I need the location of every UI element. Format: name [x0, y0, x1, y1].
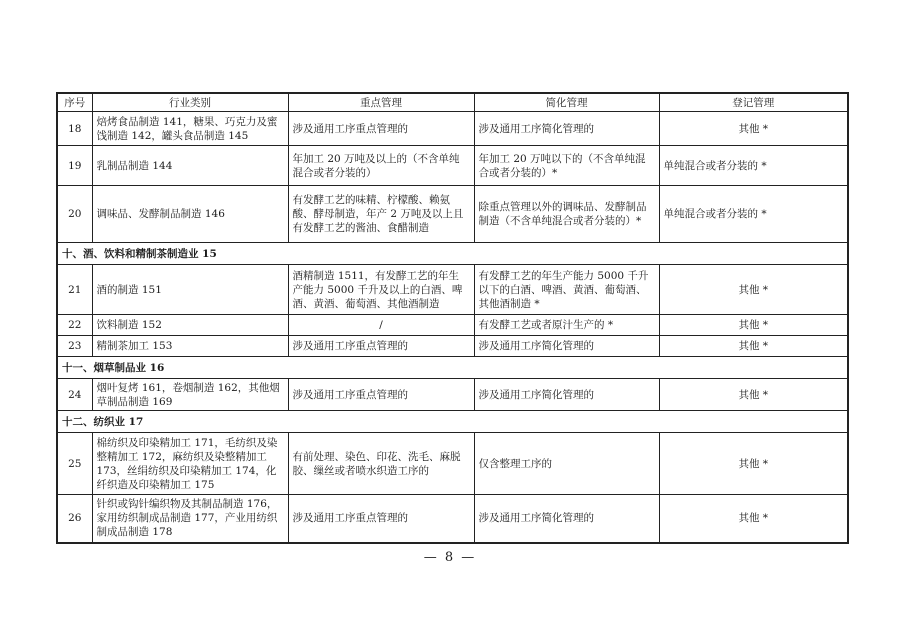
simplified-management-cell: 涉及通用工序简化管理的 — [474, 112, 659, 146]
row-number-cell: 24 — [57, 379, 92, 411]
section-row: 十、酒、饮料和精制茶制造业 15 — [57, 243, 848, 265]
row-number-cell: 22 — [57, 315, 92, 336]
table-row: 22饮料制造 152/有发酵工艺或者原汁生产的 *其他 * — [57, 315, 848, 336]
header-registration-management: 登记管理 — [659, 93, 848, 112]
table-row: 21酒的制造 151酒精制造 1511，有发酵工艺的年生产能力 5000 千升及… — [57, 265, 848, 315]
page-number: — 8 — — [0, 550, 900, 565]
row-number-cell: 19 — [57, 146, 92, 186]
simplified-management-cell: 除重点管理以外的调味品、发酵制品制造（不含单纯混合或者分装的）* — [474, 186, 659, 243]
registration-management-cell: 其他 * — [659, 336, 848, 357]
section-heading: 十一、烟草制品业 16 — [57, 357, 848, 379]
simplified-management-cell: 有发酵工艺或者原汁生产的 * — [474, 315, 659, 336]
row-number-cell: 20 — [57, 186, 92, 243]
registration-management-cell: 其他 * — [659, 112, 848, 146]
table-row: 19乳制品制造 144年加工 20 万吨及以上的（不含单纯混合或者分装的）年加工… — [57, 146, 848, 186]
table-header-row: 序号 行业类别 重点管理 简化管理 登记管理 — [57, 93, 848, 112]
registration-management-cell: 其他 * — [659, 315, 848, 336]
industry-category-cell: 酒的制造 151 — [92, 265, 288, 315]
simplified-management-cell: 仅含整理工序的 — [474, 433, 659, 495]
industry-category-cell: 烟叶复烤 161，卷烟制造 162，其他烟草制品制造 169 — [92, 379, 288, 411]
key-management-cell: 涉及通用工序重点管理的 — [288, 336, 474, 357]
row-number-cell: 25 — [57, 433, 92, 495]
industry-category-cell: 饮料制造 152 — [92, 315, 288, 336]
key-management-cell: / — [288, 315, 474, 336]
table-row: 23精制茶加工 153涉及通用工序重点管理的涉及通用工序简化管理的其他 * — [57, 336, 848, 357]
header-no: 序号 — [57, 93, 92, 112]
industry-category-cell: 棉纺织及印染精加工 171，毛纺织及染整精加工 172，麻纺织及染整精加工 17… — [92, 433, 288, 495]
industry-category-cell: 乳制品制造 144 — [92, 146, 288, 186]
key-management-cell: 涉及通用工序重点管理的 — [288, 495, 474, 543]
key-management-cell: 有发酵工艺的味精、柠檬酸、赖氨酸、酵母制造，年产 2 万吨及以上且有发酵工艺的酱… — [288, 186, 474, 243]
simplified-management-cell: 涉及通用工序简化管理的 — [474, 379, 659, 411]
section-row: 十二、纺织业 17 — [57, 411, 848, 433]
table-row: 25棉纺织及印染精加工 171，毛纺织及染整精加工 172，麻纺织及染整精加工 … — [57, 433, 848, 495]
row-number-cell: 18 — [57, 112, 92, 146]
row-number-cell: 23 — [57, 336, 92, 357]
registration-management-cell: 其他 * — [659, 265, 848, 315]
section-heading: 十二、纺织业 17 — [57, 411, 848, 433]
row-number-cell: 21 — [57, 265, 92, 315]
header-key-management: 重点管理 — [288, 93, 474, 112]
table-row: 18焙烤食品制造 141，糖果、巧克力及蜜饯制造 142，罐头食品制造 145涉… — [57, 112, 848, 146]
registration-management-cell: 单纯混合或者分装的 * — [659, 186, 848, 243]
key-management-cell: 涉及通用工序重点管理的 — [288, 379, 474, 411]
key-management-cell: 有前处理、染色、印花、洗毛、麻脱胶、缫丝或者喷水织造工序的 — [288, 433, 474, 495]
header-simplified-management: 简化管理 — [474, 93, 659, 112]
registration-management-cell: 其他 * — [659, 433, 848, 495]
registration-management-cell: 其他 * — [659, 495, 848, 543]
simplified-management-cell: 年加工 20 万吨以下的（不含单纯混合或者分装的）* — [474, 146, 659, 186]
key-management-cell: 年加工 20 万吨及以上的（不含单纯混合或者分装的） — [288, 146, 474, 186]
industry-category-cell: 焙烤食品制造 141，糖果、巧克力及蜜饯制造 142，罐头食品制造 145 — [92, 112, 288, 146]
key-management-cell: 酒精制造 1511，有发酵工艺的年生产能力 5000 千升及以上的白酒、啤酒、黄… — [288, 265, 474, 315]
table-body: 18焙烤食品制造 141，糖果、巧克力及蜜饯制造 142，罐头食品制造 145涉… — [57, 112, 848, 543]
simplified-management-cell: 有发酵工艺的年生产能力 5000 千升以下的白酒、啤酒、黄酒、葡萄酒、其他酒制造… — [474, 265, 659, 315]
industry-category-cell: 精制茶加工 153 — [92, 336, 288, 357]
pollution-permit-classification-table: 序号 行业类别 重点管理 简化管理 登记管理 18焙烤食品制造 141，糖果、巧… — [56, 92, 849, 544]
simplified-management-cell: 涉及通用工序简化管理的 — [474, 336, 659, 357]
key-management-cell: 涉及通用工序重点管理的 — [288, 112, 474, 146]
row-number-cell: 26 — [57, 495, 92, 543]
table-row: 24烟叶复烤 161，卷烟制造 162，其他烟草制品制造 169涉及通用工序重点… — [57, 379, 848, 411]
industry-category-cell: 调味品、发酵制品制造 146 — [92, 186, 288, 243]
header-category: 行业类别 — [92, 93, 288, 112]
section-row: 十一、烟草制品业 16 — [57, 357, 848, 379]
simplified-management-cell: 涉及通用工序简化管理的 — [474, 495, 659, 543]
section-heading: 十、酒、饮料和精制茶制造业 15 — [57, 243, 848, 265]
table-row: 20调味品、发酵制品制造 146有发酵工艺的味精、柠檬酸、赖氨酸、酵母制造，年产… — [57, 186, 848, 243]
table-row: 26针织或钩针编织物及其制品制造 176，家用纺织制成品制造 177，产业用纺织… — [57, 495, 848, 543]
registration-management-cell: 其他 * — [659, 379, 848, 411]
registration-management-cell: 单纯混合或者分装的 * — [659, 146, 848, 186]
industry-category-cell: 针织或钩针编织物及其制品制造 176，家用纺织制成品制造 177，产业用纺织制成… — [92, 495, 288, 543]
